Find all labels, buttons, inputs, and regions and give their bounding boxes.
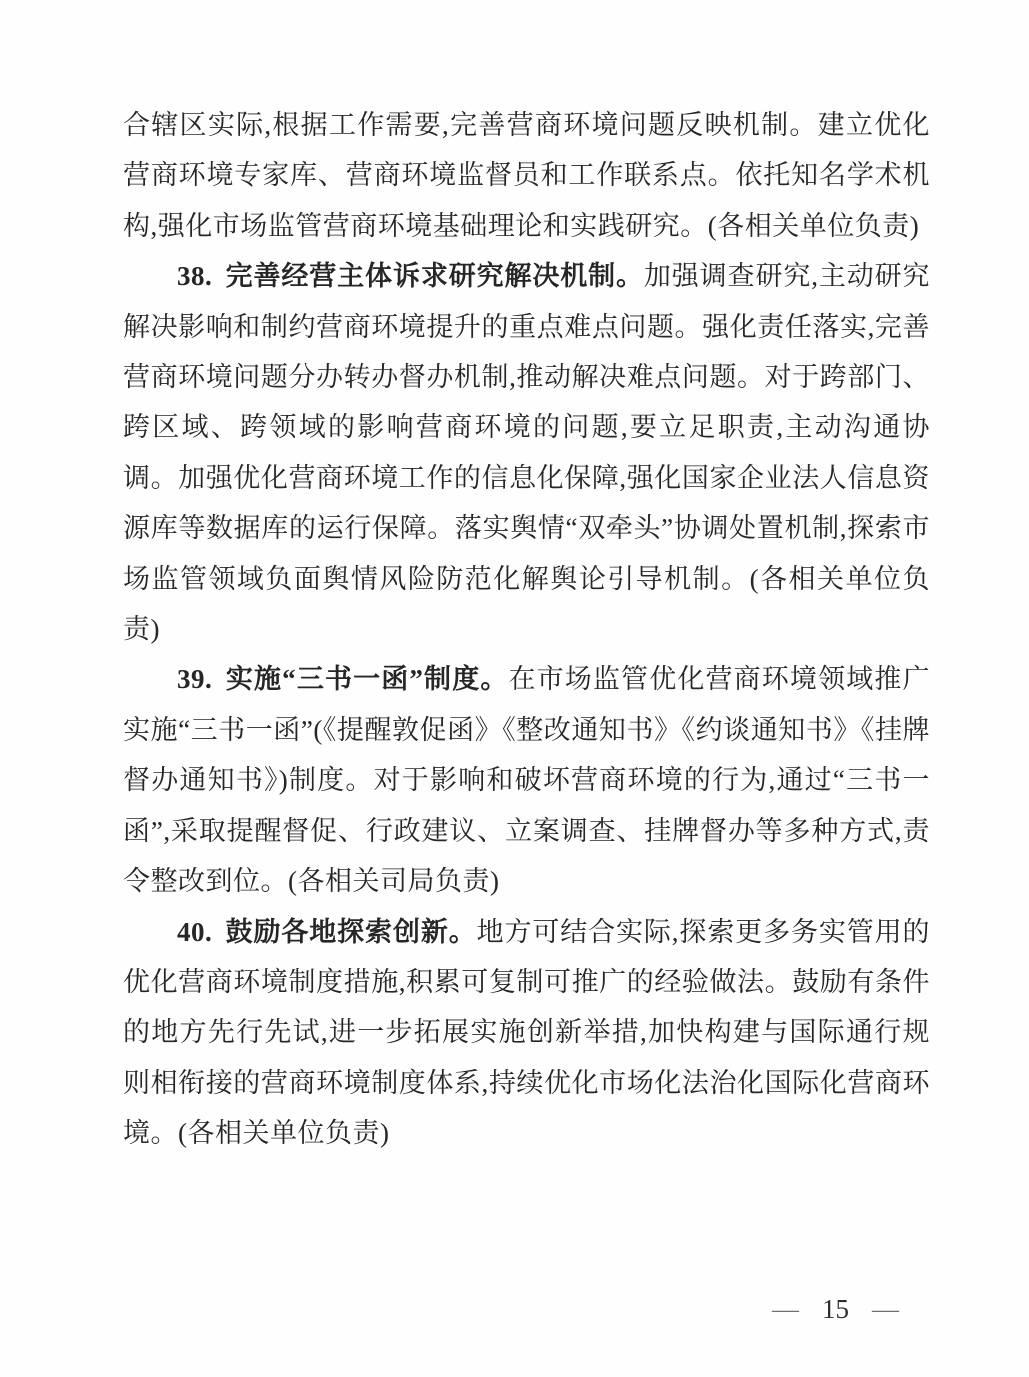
document-body: 合辖区实际,根据工作需要,完善营商环境问题反映机制。建立优化营商环境专家库、营商… xyxy=(123,100,930,1159)
item-body: 在市场监管优化营商环境领域推广实施“三书一函”(《提醒敦促函》《整改通知书》《约… xyxy=(123,664,930,896)
scanned-document-page: 合辖区实际,根据工作需要,完善营商环境问题反映机制。建立优化营商环境专家库、营商… xyxy=(0,0,1029,1377)
item-body: 加强调查研究,主动研究解决影响和制约营商环境提升的重点难点问题。强化责任落实,完… xyxy=(123,261,930,644)
item-lead: 鼓励各地探索创新。 xyxy=(225,917,476,947)
page-number: 15 xyxy=(822,1294,849,1324)
paragraph-item-39: 39.实施“三书一函”制度。在市场监管优化营商环境领域推广实施“三书一函”(《提… xyxy=(123,654,930,906)
page-number-dash-left: — xyxy=(772,1296,799,1323)
paragraph-item-40: 40.鼓励各地探索创新。地方可结合实际,探索更多务实管用的优化营商环境制度措施,… xyxy=(123,907,930,1159)
item-number: 38. xyxy=(177,261,212,291)
page-footer: — 15 — xyxy=(772,1294,899,1324)
item-lead: 实施“三书一函”制度。 xyxy=(225,664,508,694)
paragraph-item-38: 38.完善经营主体诉求研究解决机制。加强调查研究,主动研究解决影响和制约营商环境… xyxy=(123,251,930,654)
item-number: 39. xyxy=(177,664,212,694)
paragraph-continuation: 合辖区实际,根据工作需要,完善营商环境问题反映机制。建立优化营商环境专家库、营商… xyxy=(123,100,930,251)
page-number-dash-right: — xyxy=(872,1296,899,1323)
item-lead: 完善经营主体诉求研究解决机制。 xyxy=(225,261,644,291)
item-number: 40. xyxy=(177,917,212,947)
item-body: 地方可结合实际,探索更多务实管用的优化营商环境制度措施,积累可复制可推广的经验做… xyxy=(123,917,930,1149)
